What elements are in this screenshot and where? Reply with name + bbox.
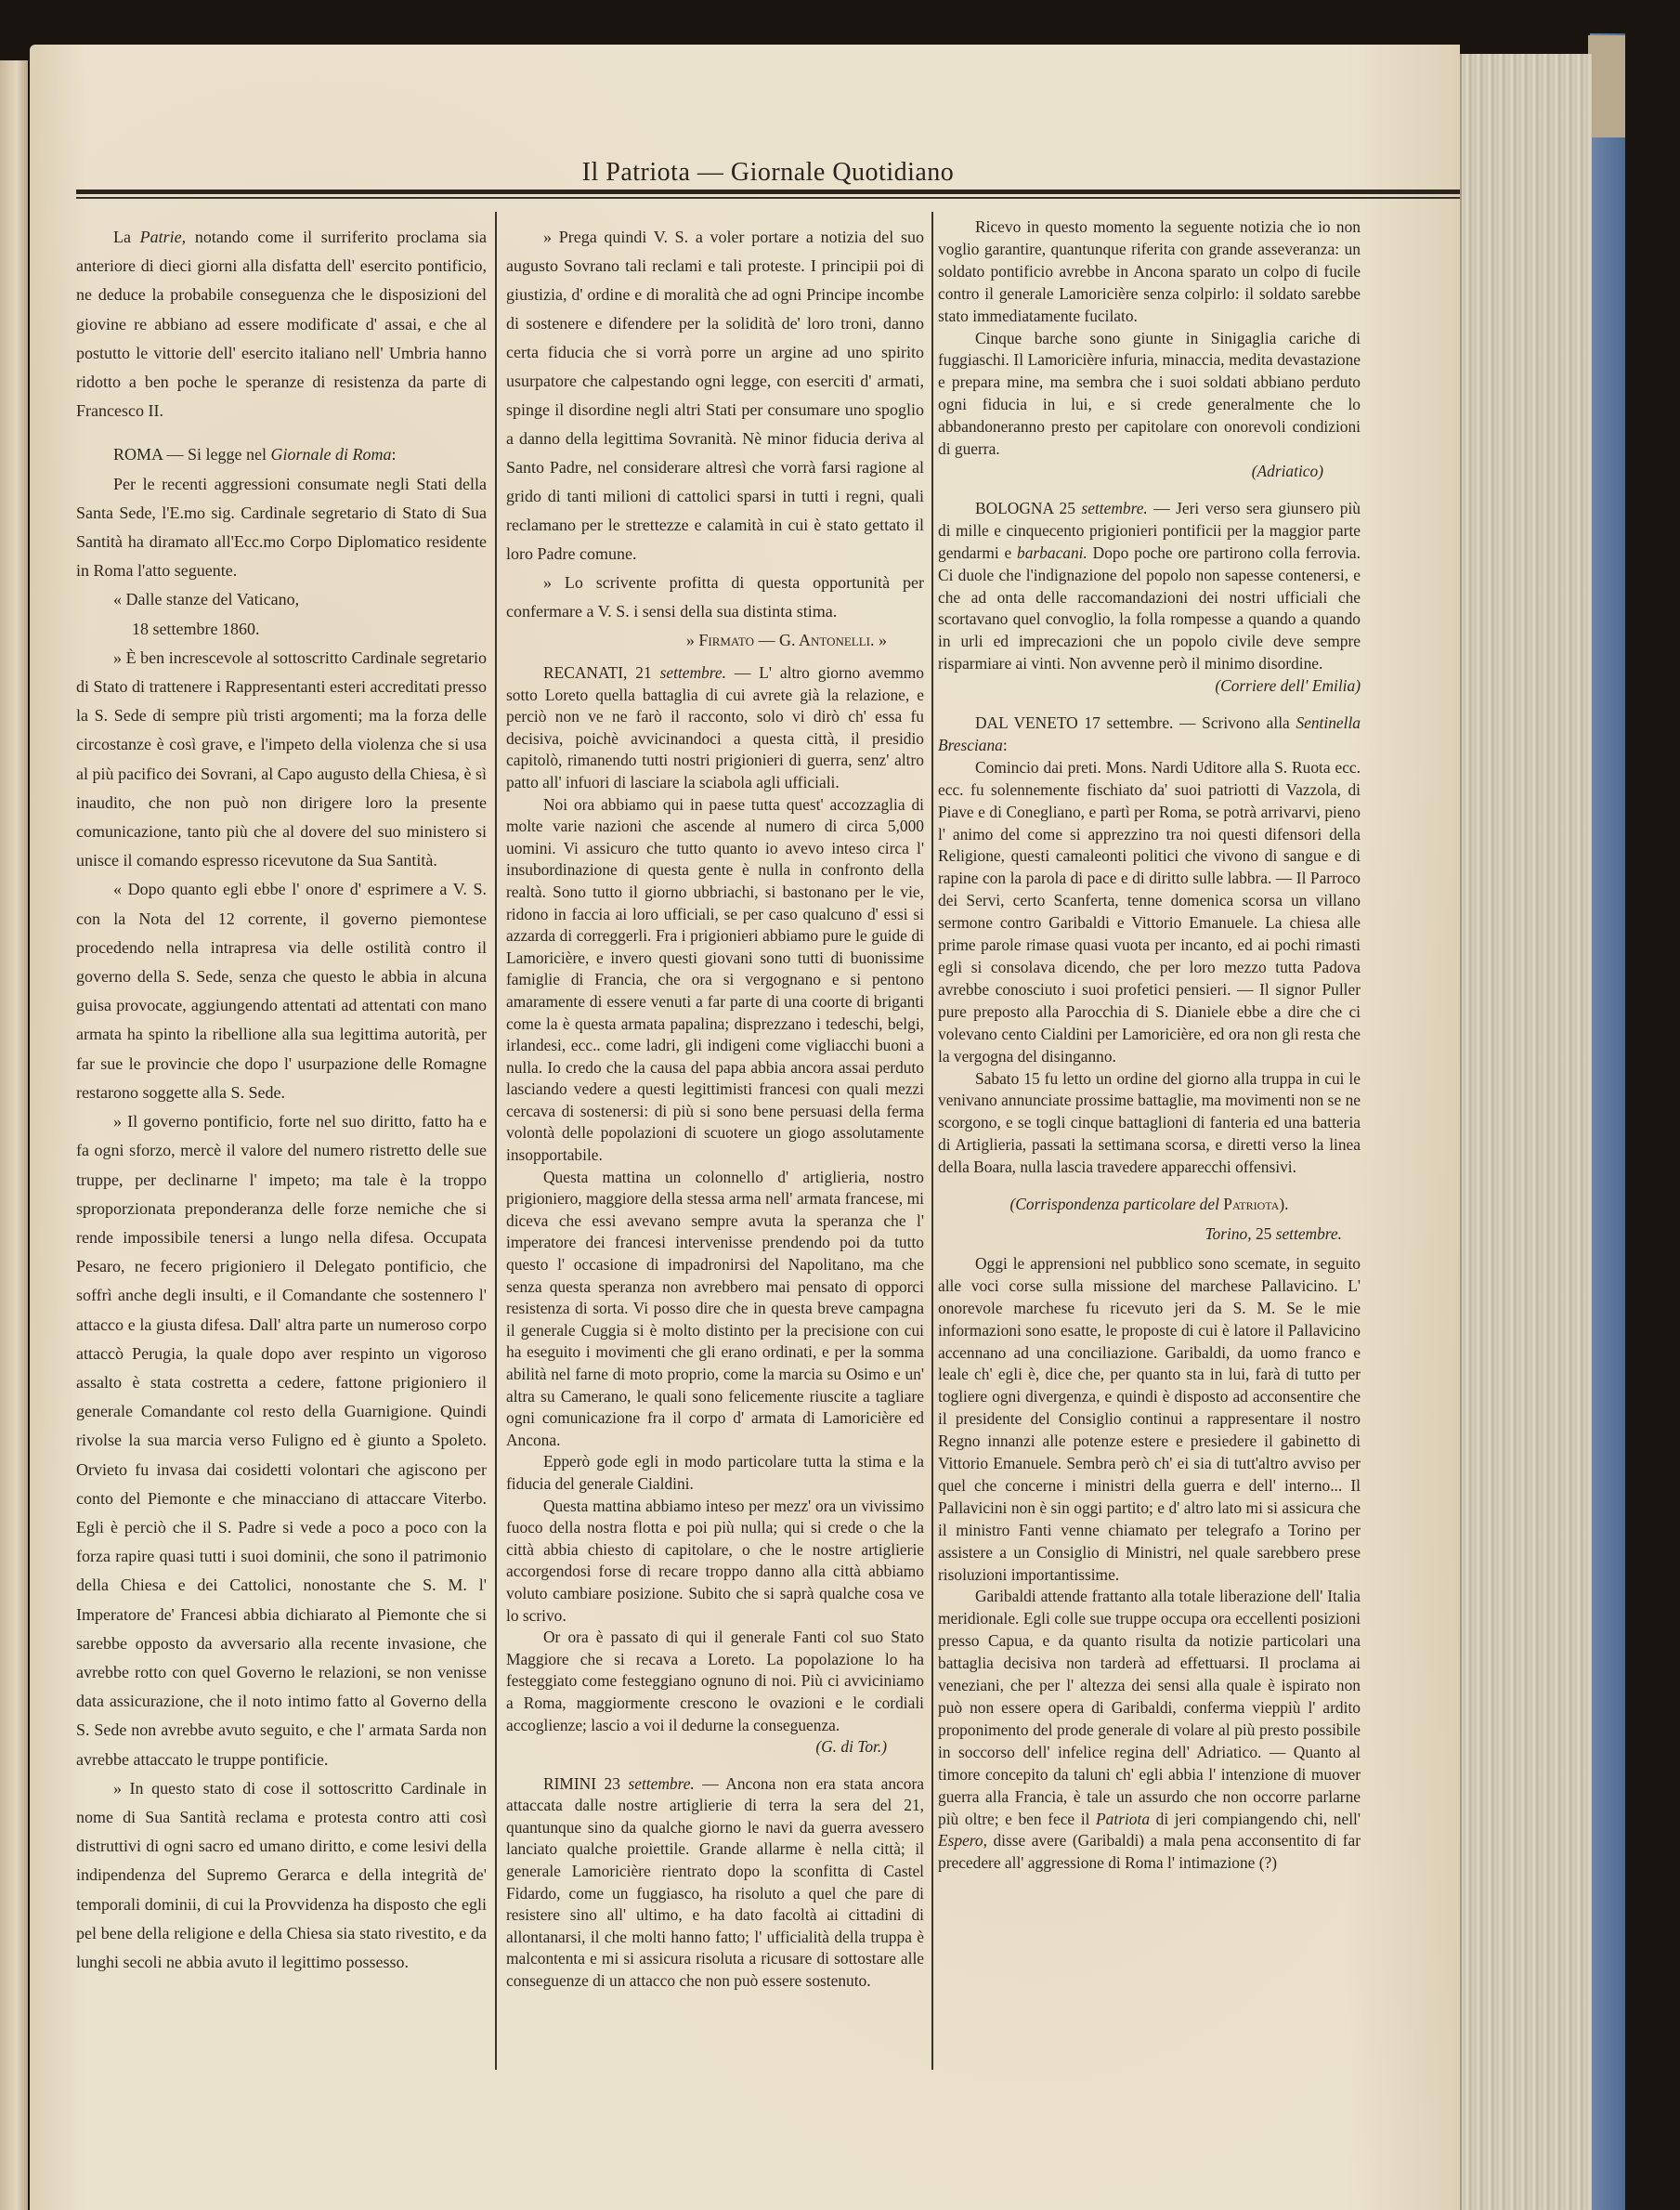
news-paragraph-1: Ricevo in questo momento la seguente not… — [938, 216, 1361, 328]
recanati-article: RECANATI, 21 settembre. — L' altro giorn… — [506, 662, 924, 794]
note-paragraph-1: » È ben increscevole al sottoscritto Car… — [76, 644, 487, 876]
column-3: Ricevo in questo momento la seguente not… — [938, 216, 1361, 1875]
news-paragraph-2: Cinque barche sono giunte in Sinigaglia … — [938, 328, 1361, 461]
article-patrie: La Patrie, notando come il surriferito p… — [76, 223, 487, 425]
recanati-paragraph-2: Noi ora abbiamo qui in paese tutta quest… — [506, 794, 924, 1167]
bologna-article: BOLOGNA 25 settembre. — Jeri verso sera … — [938, 498, 1361, 675]
torino-dateline: Torino, 25 settembre. — [938, 1223, 1361, 1246]
torino-paragraph-2: Garibaldi attende frattanto alla totale … — [938, 1586, 1361, 1875]
note-paragraph-3: » Il governo pontificio, forte nel suo d… — [76, 1107, 487, 1774]
book-cover — [1590, 33, 1625, 2210]
note-signature: » Firmato — G. Antonelli. » — [506, 626, 924, 655]
veneto-paragraph-1: Comincio dai preti. Mons. Nardi Uditore … — [938, 757, 1361, 1068]
masthead-rule-thick — [76, 190, 1460, 194]
page-stack-edges — [1460, 54, 1592, 2210]
note-paragraph-6: » Lo scrivente profitta di questa opport… — [506, 569, 924, 626]
note-paragraph-4: » In questo stato di cose il sottoscritt… — [76, 1774, 487, 1977]
recanati-paragraph-3: Questa mattina un colonnello d' artiglie… — [506, 1167, 924, 1452]
masthead-rule-thin — [76, 197, 1460, 199]
dateline-date: 18 settembre 1860. — [76, 615, 487, 644]
veneto-paragraph-2: Sabato 15 fu letto un ordine del giorno … — [938, 1068, 1361, 1180]
column-1: La Patrie, notando come il surriferito p… — [76, 223, 487, 1977]
previous-page-edge — [0, 60, 28, 2210]
recanati-source: (G. di Tor.) — [506, 1736, 924, 1759]
spine-label — [1588, 35, 1625, 137]
column-divider-1 — [495, 212, 497, 2070]
source-corriere-emilia: (Corriere dell' Emilia) — [938, 675, 1361, 698]
torino-paragraph-1: Oggi le apprensioni nel pubblico sono sc… — [938, 1253, 1361, 1587]
masthead: Il Patriota — Giornale Quotidiano — [76, 149, 1460, 201]
dateline-place: « Dalle stanze del Vaticano, — [76, 585, 487, 614]
correspondence-heading: (Corrispondenza particolare del Patriota… — [938, 1194, 1361, 1216]
column-2: » Prega quindi V. S. a voler portare a n… — [506, 223, 924, 1993]
masthead-title: Il Patriota — Giornale Quotidiano — [76, 158, 1460, 188]
note-paragraph-2: « Dopo quanto egli ebbe l' onore d' espr… — [76, 875, 487, 1107]
veneto-heading: DAL VENETO 17 settembre. — Scrivono alla… — [938, 713, 1361, 757]
recanati-paragraph-5: Questa mattina abbiamo inteso per mezz' … — [506, 1496, 924, 1628]
column-divider-2 — [931, 212, 933, 2070]
roma-heading: ROMA — Si legge nel Giornale di Roma: — [76, 440, 487, 469]
note-paragraph-5: » Prega quindi V. S. a voler portare a n… — [506, 223, 924, 569]
rimini-article: RIMINI 23 settembre. — Ancona non era st… — [506, 1773, 924, 1993]
source-adriatico: (Adriatico) — [938, 461, 1361, 483]
recanati-paragraph-4: Epperò gode egli in modo particolare tut… — [506, 1451, 924, 1495]
roma-paragraph: Per le recenti aggressioni consumate neg… — [76, 470, 487, 586]
recanati-paragraph-6: Or ora è passato di qui il generale Fant… — [506, 1627, 924, 1736]
